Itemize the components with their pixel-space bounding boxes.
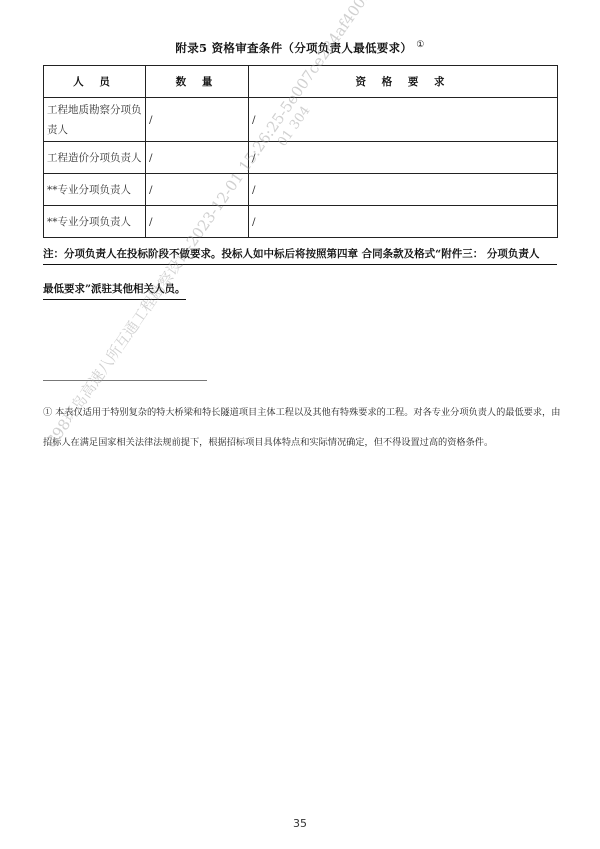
cell-requirement: / [249, 174, 558, 206]
cell-requirement: / [249, 206, 558, 238]
cell-role: 工程地质勘察分项负责人 [44, 98, 146, 142]
table-note: 注：分项负责人在投标阶段不做要求。投标人如中标后将按照第四章 合同条款及格式“附… [43, 246, 557, 300]
cell-role: **专业分项负责人 [44, 174, 146, 206]
cell-role: 工程造价分项负责人 [44, 142, 146, 174]
footnote-mark: ① [416, 40, 424, 50]
header-quantity: 数 量 [146, 66, 249, 98]
footnote-text: ① 本表仅适用于特别复杂的特大桥梁和特长隧道项目主体工程以及其他有特殊要求的工程… [43, 398, 563, 458]
note-line-1: 注：分项负责人在投标阶段不做要求。投标人如中标后将按照第四章 合同条款及格式“附… [43, 246, 557, 265]
table-row: 工程造价分项负责人 / / [44, 142, 558, 174]
cell-requirement: / [249, 142, 558, 174]
page-number: 35 [0, 817, 600, 830]
table-row: **专业分项负责人 / / [44, 206, 558, 238]
title-text: 附录5 资格审查条件（分项负责人最低要求） [175, 41, 412, 55]
table-row: **专业分项负责人 / / [44, 174, 558, 206]
cell-role: **专业分项负责人 [44, 206, 146, 238]
appendix-title: 附录5 资格审查条件（分项负责人最低要求）① [0, 40, 600, 56]
cell-quantity: / [146, 98, 249, 142]
header-personnel: 人 员 [44, 66, 146, 98]
